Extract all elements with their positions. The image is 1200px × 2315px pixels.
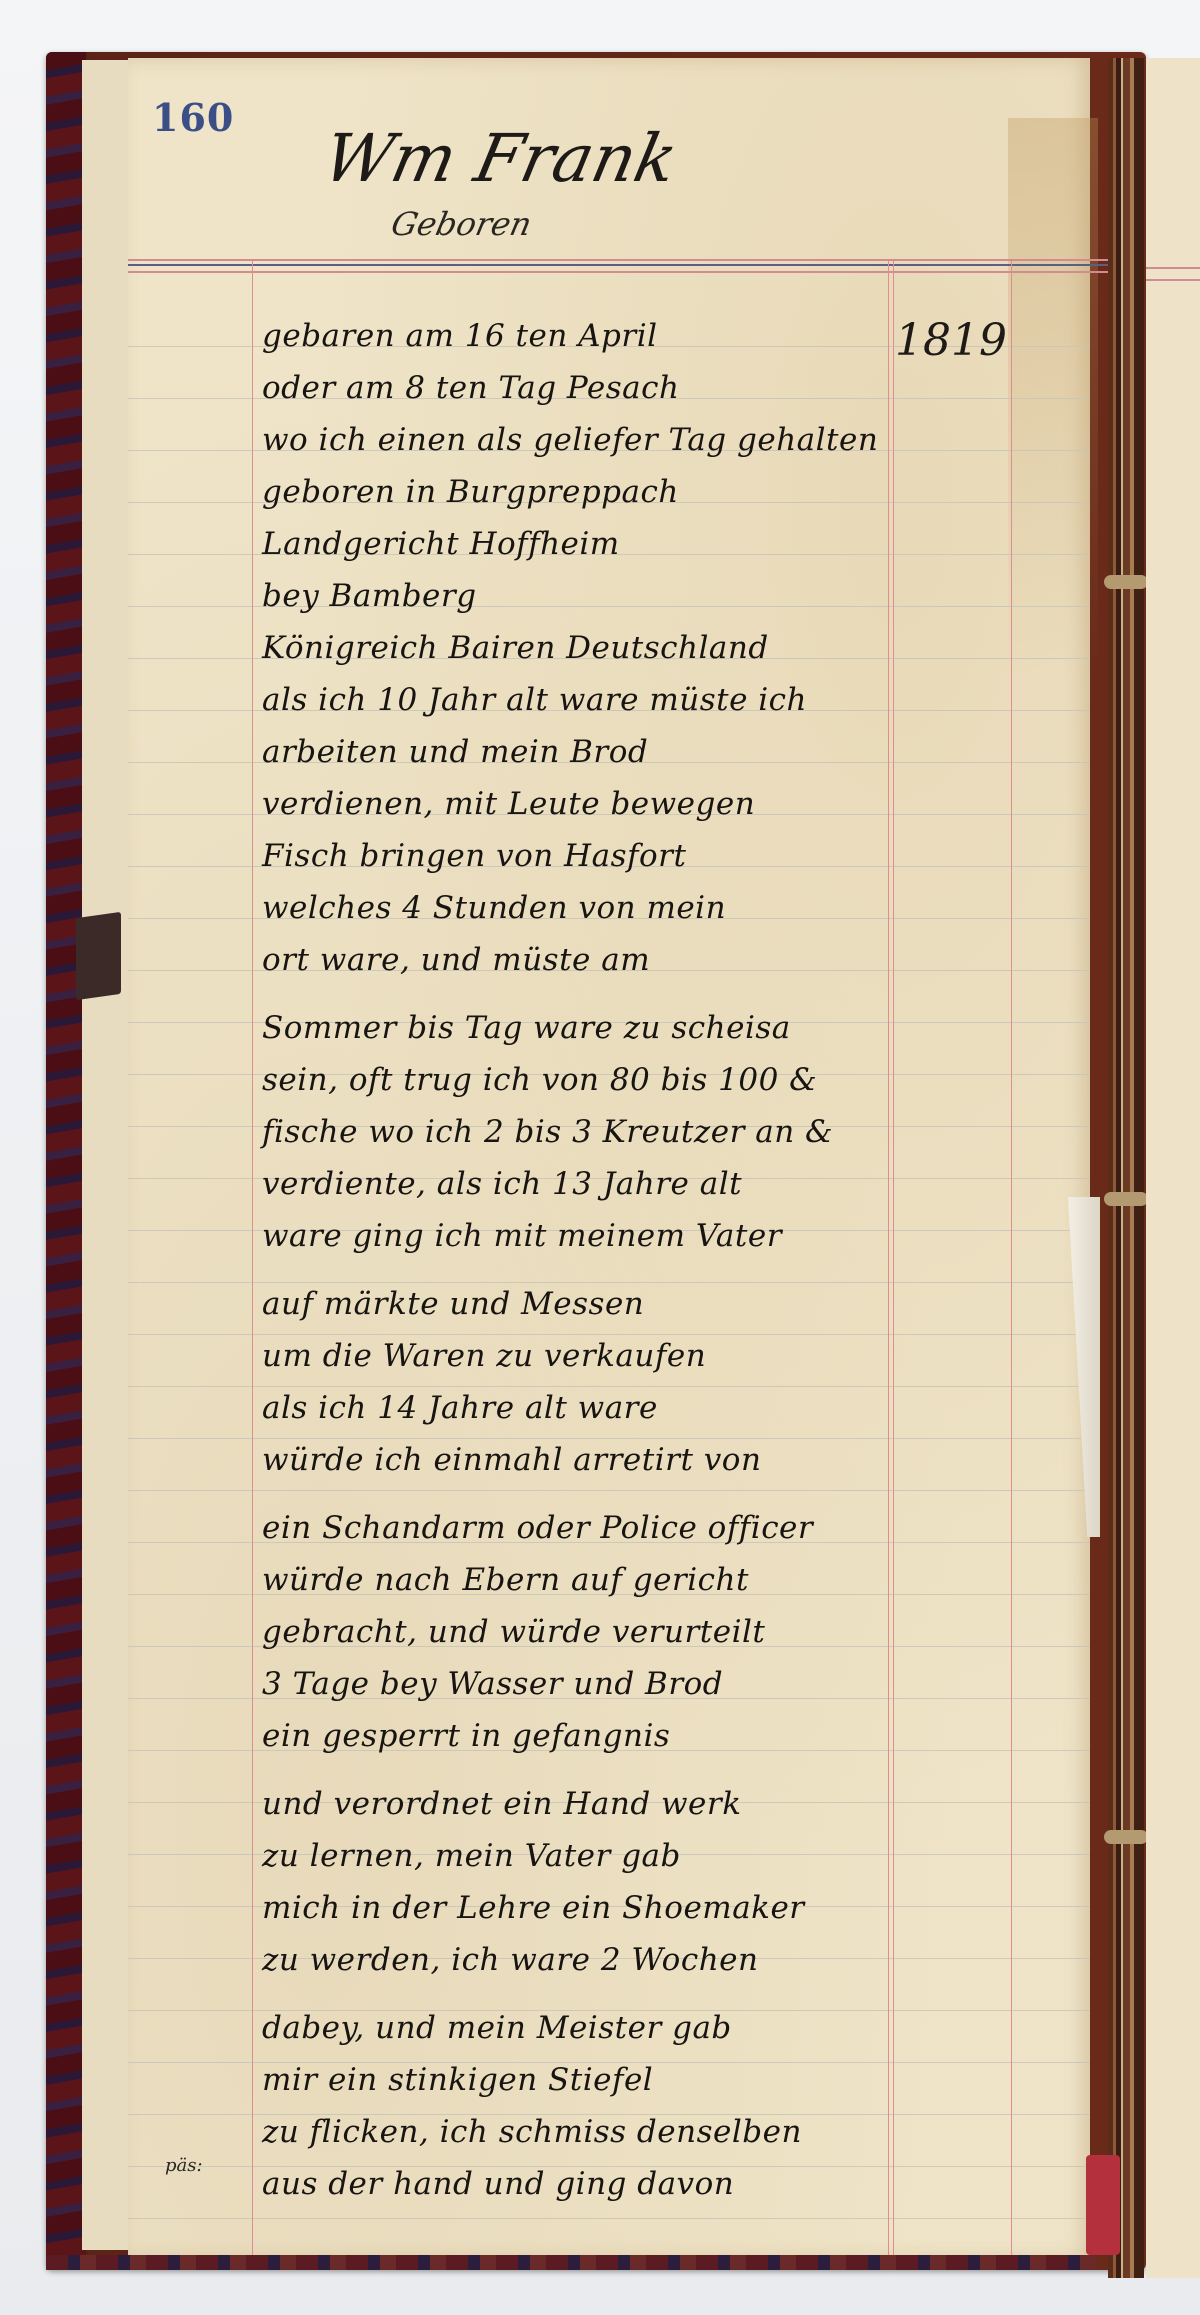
text-line: als ich 14 Jahre alt ware	[262, 1390, 1022, 1426]
text-line: verdienen, mit Leute bewegen	[262, 786, 1022, 822]
margin-annotation: päs:	[165, 2155, 203, 2176]
text-line: dabey, und mein Meister gab	[262, 2010, 1022, 2046]
text-line: welches 4 Stunden von mein	[262, 890, 1022, 926]
text-line: oder am 8 ten Tag Pesach	[262, 370, 1022, 406]
ruled-line	[128, 1386, 1090, 1387]
binding-thread-knot	[1104, 575, 1148, 589]
text-line: Königreich Bairen Deutschland	[262, 630, 1022, 666]
text-line: ware ging ich mit meinem Vater	[262, 1218, 1022, 1254]
header-double-rule	[128, 259, 1120, 273]
marbled-cover-edge	[46, 52, 86, 2270]
text-line: zu flicken, ich schmiss denselben	[262, 2114, 1022, 2150]
text-line: wo ich einen als geliefer Tag gehalten	[262, 422, 1022, 458]
text-line: mich in der Lehre ein Shoemaker	[262, 1890, 1022, 1926]
text-line: arbeiten und mein Brod	[262, 734, 1022, 770]
text-line: ort ware, und müste am	[262, 942, 1022, 978]
text-line: zu werden, ich ware 2 Wochen	[262, 1942, 1022, 1978]
text-line: bey Bamberg	[262, 578, 1022, 614]
text-line: aus der hand und ging davon	[262, 2166, 1022, 2202]
text-line: Landgericht Hoffheim	[262, 526, 1022, 562]
red-binding-thread	[1086, 2155, 1120, 2255]
text-line: Sommer bis Tag ware zu scheisa	[262, 1010, 1022, 1046]
ruled-line	[128, 2218, 1090, 2219]
text-line: Fisch bringen von Hasfort	[262, 838, 1022, 874]
text-line: als ich 10 Jahr alt ware müste ich	[262, 682, 1022, 718]
facing-page-edge	[1146, 58, 1200, 2278]
text-line: zu lernen, mein Vater gab	[262, 1838, 1022, 1874]
text-line: ein gesperrt in gefangnis	[262, 1718, 1022, 1754]
text-line: sein, oft trug ich von 80 bis 100 &	[262, 1062, 1022, 1098]
book-binding-gutter	[1108, 58, 1144, 2278]
text-line: fische wo ich 2 bis 3 Kreutzer an &	[262, 1114, 1022, 1150]
cover-bottom-edge	[46, 2255, 1096, 2270]
entry-name: Wm Frank	[317, 120, 684, 197]
entry-subtitle: Geboren	[388, 205, 535, 243]
text-line: verdiente, als ich 13 Jahre alt	[262, 1166, 1022, 1202]
page-number: 160	[152, 95, 234, 140]
text-line: gebracht, und würde verurteilt	[262, 1614, 1022, 1650]
binding-thread-knot	[1104, 1830, 1148, 1844]
text-line: 3 Tage bey Wasser und Brod	[262, 1666, 1022, 1702]
left-margin-line	[252, 261, 253, 2258]
facing-page-header-rule	[1146, 267, 1200, 281]
text-line: würde nach Ebern auf gericht	[262, 1562, 1022, 1598]
text-line: würde ich einmahl arretirt von	[262, 1442, 1022, 1478]
text-line: ein Schandarm oder Police officer	[262, 1510, 1022, 1546]
text-line: und verordnet ein Hand werk	[262, 1786, 1022, 1822]
text-line: geboren in Burgpreppach	[262, 474, 1022, 510]
text-line: um die Waren zu verkaufen	[262, 1338, 1022, 1374]
ruled-line	[128, 1334, 1090, 1335]
text-line: gebaren am 16 ten April	[262, 318, 1022, 354]
ruled-line	[128, 1282, 1090, 1283]
ruled-line	[128, 1438, 1090, 1439]
leather-tab	[76, 912, 121, 1000]
text-line: auf märkte und Messen	[262, 1286, 1022, 1322]
text-line: mir ein stinkigen Stiefel	[262, 2062, 1022, 2098]
ruled-line	[128, 1490, 1090, 1491]
binding-thread-knot	[1104, 1192, 1148, 1206]
